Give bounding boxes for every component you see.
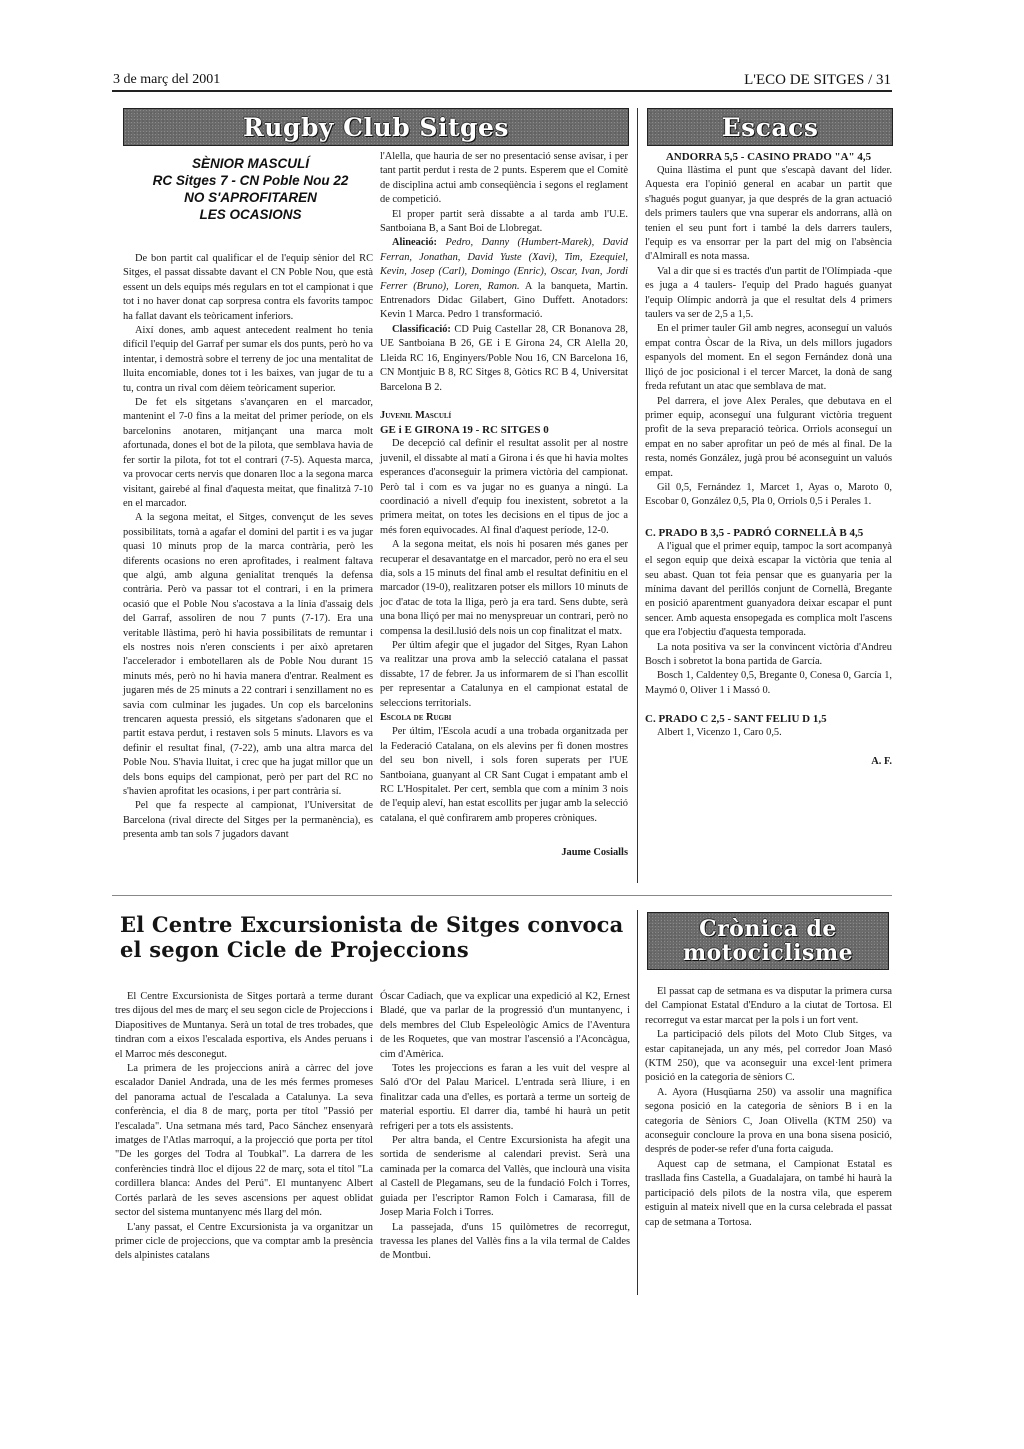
paragraph: Pel darrera, el jove Alex Perales, que d… — [645, 395, 892, 481]
paragraph: A l'igual que el primer equip, tampoc la… — [645, 540, 892, 641]
rugby-banner: Rugby Club Sitges — [123, 108, 629, 146]
author-signature: Jaume Cosialls — [380, 846, 628, 860]
paragraph: Quina llàstima el punt que s'escapà dava… — [645, 164, 892, 265]
paragraph: L'any passat, el Centre Excursionista ja… — [115, 1221, 373, 1264]
escacs-column: ANDORRA 5,5 - CASINO PRADO "A" 4,5 Quina… — [645, 150, 892, 769]
column-divider — [637, 910, 638, 1295]
paragraph: A la segona meitat, els nois hi posaren … — [380, 538, 628, 639]
excursionista-column-2: Óscar Cadiach, que va explicar una exped… — [380, 990, 630, 1264]
escacs-banner-title: Escacs — [722, 113, 819, 142]
publication-page: L'ECO DE SITGES / 31 — [744, 72, 891, 89]
header-rule — [112, 90, 892, 92]
paragraph: La nota positiva va ser la convincent vi… — [645, 641, 892, 670]
results: Gil 0,5, Fernández 1, Marcet 1, Ayas o, … — [645, 481, 892, 510]
standings-label: Classificació: — [392, 324, 451, 335]
rugby-column-1: De bon partit cal qualificar el de l'equ… — [123, 252, 373, 843]
category-label: SÈNIOR MASCULÍ — [128, 155, 373, 172]
match-title: C. PRADO B 3,5 - PADRÓ CORNELLÀ B 4,5 — [645, 526, 892, 540]
article-title-line1: NO S'APROFITAREN — [128, 189, 373, 206]
paragraph: Per últim afegir que el jugador del Sitg… — [380, 639, 628, 711]
escacs-banner: Escacs — [647, 108, 893, 146]
paragraph: Val a dir que si es tractés d'un partit … — [645, 265, 892, 323]
match-title: ANDORRA 5,5 - CASINO PRADO "A" 4,5 — [645, 150, 892, 164]
section-rule — [112, 895, 892, 896]
standings-paragraph: Classificació: CD Puig Castellar 28, CR … — [380, 323, 628, 395]
paragraph: De decepció cal definir el resultat asso… — [380, 437, 628, 538]
motociclisme-banner: Crònica de motociclisme — [647, 912, 889, 970]
lineup-label: Alineació: — [392, 237, 437, 248]
paragraph: Per últim, l'Escola acudí a una trobada … — [380, 725, 628, 826]
paragraph: De fet els sitgetans s'avançaren en el m… — [123, 396, 373, 511]
motociclisme-column: El passat cap de setmana es va disputar … — [645, 985, 892, 1230]
paragraph: l'Alella, que hauria de ser no presentac… — [380, 150, 628, 208]
match-title: C. PRADO C 2,5 - SANT FELIU D 1,5 — [645, 712, 892, 726]
paragraph: La primera de les projeccions anirà a cà… — [115, 1062, 373, 1220]
motociclisme-banner-line2: motociclisme — [683, 941, 853, 965]
paragraph: El Centre Excursionista de Sitges portar… — [115, 990, 373, 1062]
rugby-banner-title: Rugby Club Sitges — [243, 113, 509, 142]
paragraph: Per altra banda, el Centre Excursionista… — [380, 1134, 630, 1220]
rugby-column-2: l'Alella, que hauria de ser no presentac… — [380, 150, 628, 861]
paragraph: En el primer tauler Gil amb negres, acon… — [645, 322, 892, 394]
paragraph: De bon partit cal qualificar el de l'equ… — [123, 252, 373, 324]
paragraph: Així dones, amb aquest antecedent realme… — [123, 324, 373, 396]
paragraph: La passejada, d'uns 15 quilòmetres de re… — [380, 1221, 630, 1264]
paragraph: La participació dels pilots del Moto Clu… — [645, 1028, 892, 1086]
excursionista-headline: El Centre Excursionista de Sitges convoc… — [120, 912, 630, 962]
rugby-subhead: SÈNIOR MASCULÍ RC Sitges 7 - CN Poble No… — [128, 155, 373, 223]
paragraph: A. Ayora (Husqüarna 250) va assolir una … — [645, 1086, 892, 1158]
paragraph: Pel que fa respecte al campionat, l'Univ… — [123, 799, 373, 842]
match-result: RC Sitges 7 - CN Poble Nou 22 — [128, 172, 373, 189]
issue-date: 3 de març del 2001 — [113, 72, 220, 88]
paragraph: A la segona meitat, el Sitges, convençut… — [123, 511, 373, 799]
motociclisme-banner-line1: Crònica de — [699, 917, 837, 941]
escola-category: Escola de Rugbi — [380, 711, 628, 725]
paragraph: Óscar Cadiach, que va explicar una exped… — [380, 990, 630, 1062]
juvenil-category: Juvenil Masculí — [380, 409, 628, 423]
paragraph: El proper partit serà dissabte a al tard… — [380, 208, 628, 237]
paragraph: Aquest cap de setmana, el Campionat Esta… — [645, 1158, 892, 1230]
column-divider — [637, 108, 638, 883]
excursionista-column-1: El Centre Excursionista de Sitges portar… — [115, 990, 373, 1264]
paragraph: El passat cap de setmana es va disputar … — [645, 985, 892, 1028]
article-title-line2: LES OCASIONS — [128, 206, 373, 223]
results: Albert 1, Vicenzo 1, Caro 0,5. — [645, 726, 892, 740]
results: Bosch 1, Caldentey 0,5, Bregante 0, Cone… — [645, 669, 892, 698]
juvenil-match: GE i E GIRONA 19 - RC SITGES 0 — [380, 423, 628, 437]
paragraph: Totes les projeccions es faran a les vui… — [380, 1062, 630, 1134]
author-signature: A. F. — [645, 755, 892, 769]
lineup-paragraph: Alineació: Pedro, Danny (Humbert-Marek),… — [380, 236, 628, 322]
